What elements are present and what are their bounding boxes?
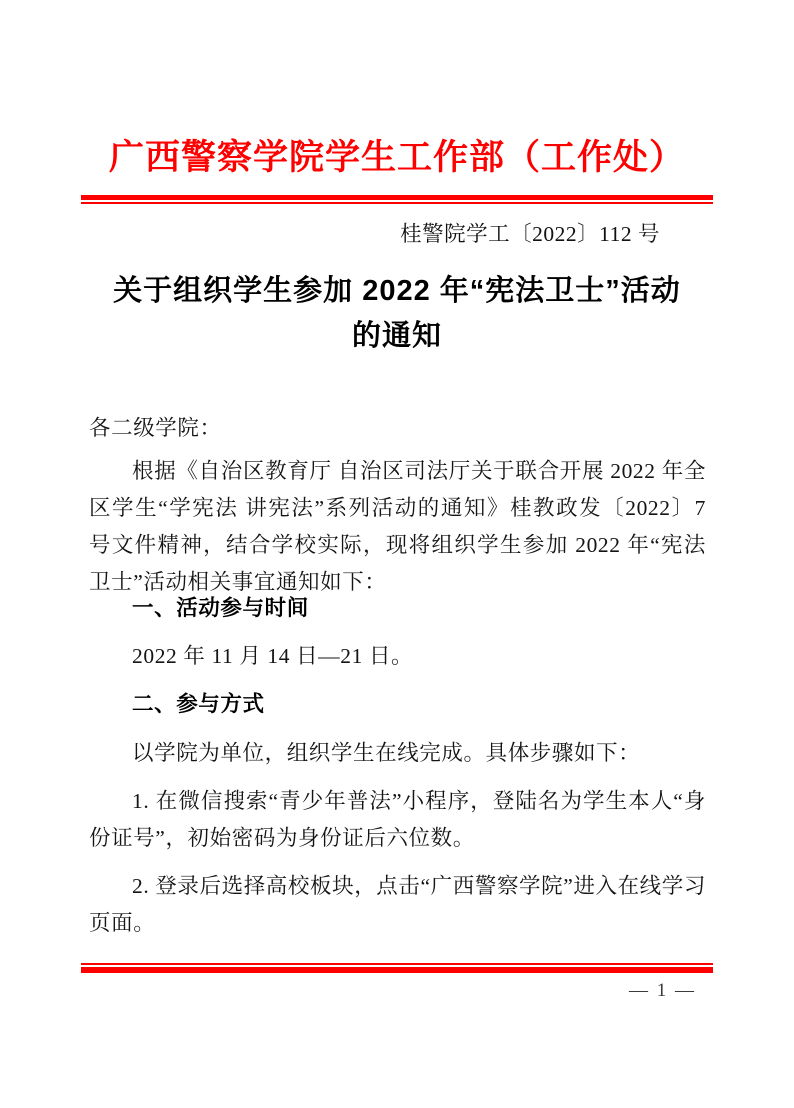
page-number: — 1 — [0, 980, 696, 1002]
intro-paragraph: 根据《自治区教育厅 自治区司法厅关于联合开展 2022 年全区学生“学宪法 讲宪… [89, 453, 706, 601]
section-2-heading: 二、参与方式 [89, 686, 706, 723]
section-2-intro-paragraph: 以学院为单位，组织学生在线完成。具体步骤如下： [89, 735, 706, 772]
salutation: 各二级学院： [89, 410, 706, 447]
document-title-line1: 关于组织学生参加 2022 年“宪法卫士”活动 [0, 269, 794, 314]
section-1-heading: 一、活动参与时间 [89, 590, 706, 627]
document-title: 关于组织学生参加 2022 年“宪法卫士”活动 的通知 [0, 269, 794, 359]
section-2-step-1: 1. 在微信搜索“青少年普法”小程序，登陆名为学生本人“身份证号”，初始密码为身… [89, 783, 706, 857]
document-title-line2: 的通知 [0, 314, 794, 359]
masthead-double-rule [81, 195, 713, 204]
document-number: 桂警院学工〔2022〕112 号 [0, 217, 660, 248]
footer-double-rule [81, 963, 713, 973]
notice-document-page: 广西警察学院学生工作部（工作处） 桂警院学工〔2022〕112 号 关于组织学生… [0, 0, 794, 1108]
section-2-step-2: 2. 登录后选择高校板块，点击“广西警察学院”进入在线学习页面。 [89, 868, 706, 942]
department-masthead: 广西警察学院学生工作部（工作处） [0, 130, 794, 180]
rule-thin-bar [81, 202, 713, 204]
section-1-paragraph: 2022 年 11 月 14 日—21 日。 [89, 638, 706, 675]
rule-thick-bar [81, 967, 713, 973]
